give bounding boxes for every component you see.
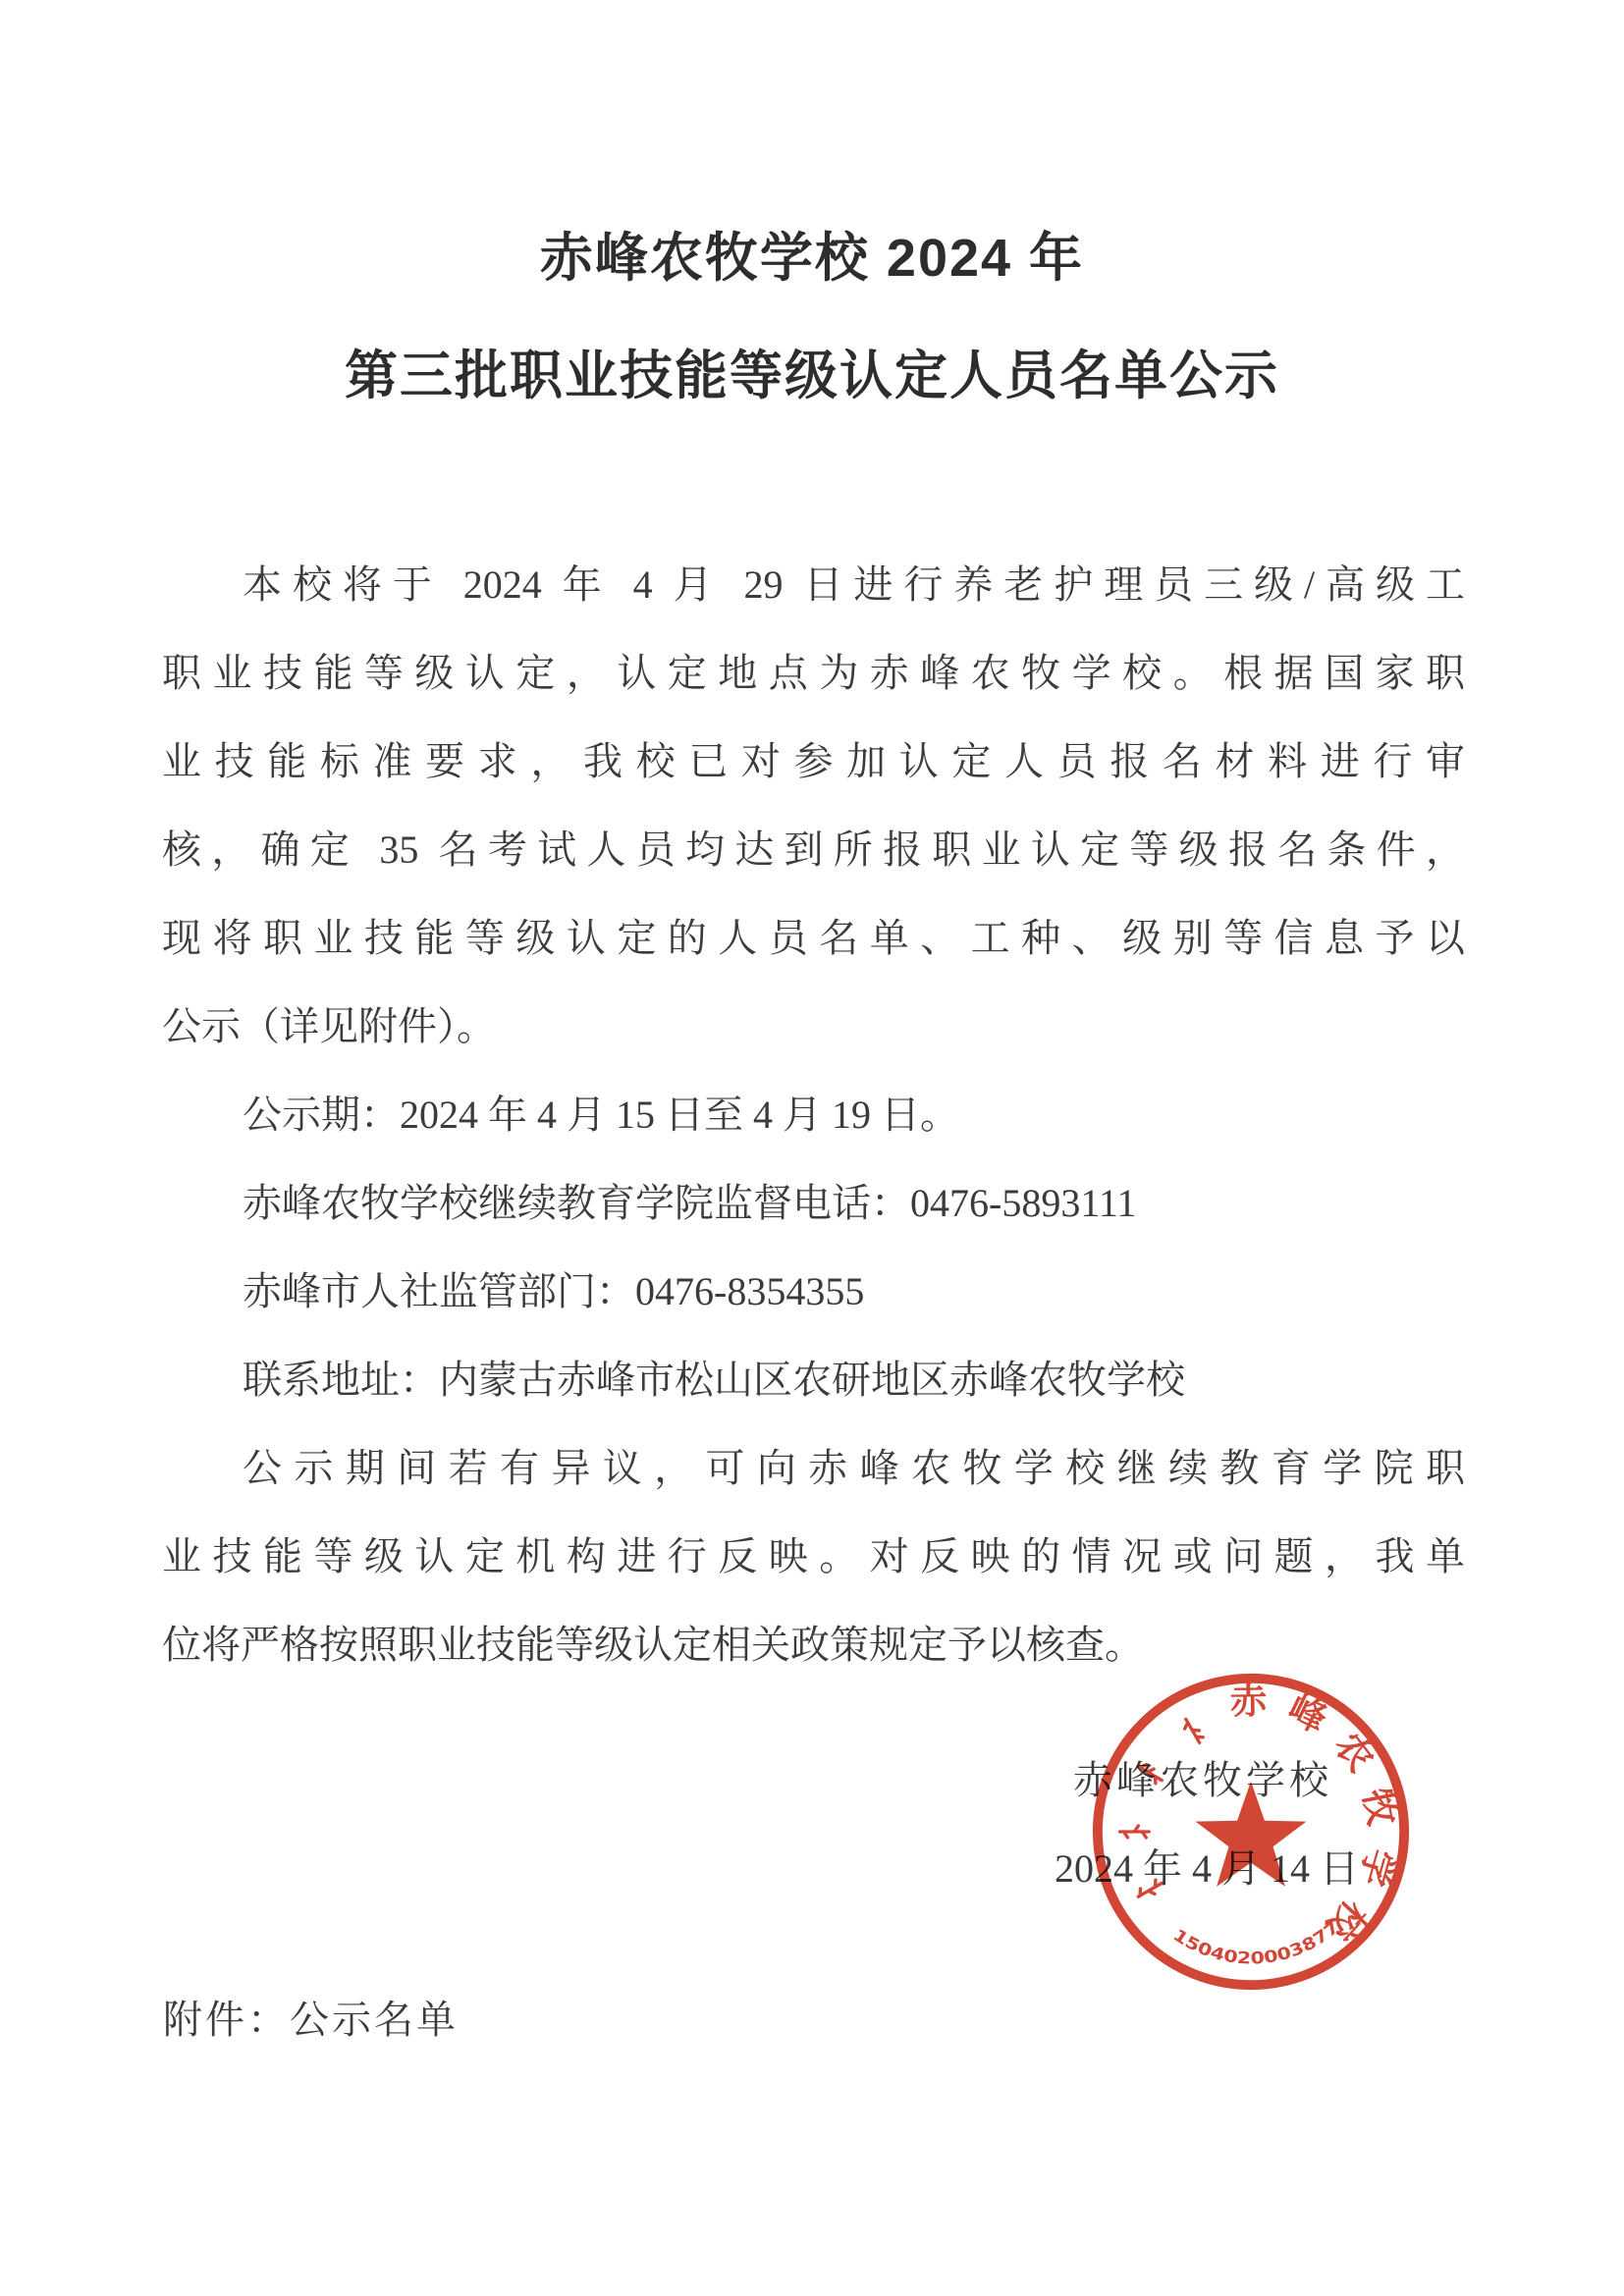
attachment-note: 附件：公示名单 (163, 1989, 459, 2045)
body-line: 本校将于 2024 年 4 月 29 日进行养老护理员三级/高级工 (162, 541, 1465, 629)
body-line: 赤峰市人社监管部门：0476-8354355 (162, 1248, 1465, 1336)
svg-text:1504020003877: 1504020003877 (1169, 1917, 1342, 1968)
body-line: 现将职业技能等级认定的人员名单、工种、级别等信息予以 (162, 894, 1465, 983)
document-title-line1: 赤峰农牧学校 2024 年 (0, 216, 1624, 292)
body-line: 业技能标准要求，我校已对参加认定人员报名材料进行审 (162, 718, 1465, 806)
body-line: 公示期：2024 年 4 月 15 日至 4 月 19 日。 (162, 1071, 1465, 1159)
seal-mongolian-script (1120, 1716, 1205, 1901)
body-line: 核，确定 35 名考试人员均达到所报职业认定等级报名条件， (162, 806, 1465, 894)
document-page: 赤峰农牧学校 2024 年 第三批职业技能等级认定人员名单公示 本校将于 202… (0, 0, 1624, 2296)
body-line: 业技能等级认定机构进行反映。对反映的情况或问题，我单 (162, 1513, 1465, 1601)
seal-star-icon (1196, 1782, 1307, 1887)
document-body: 本校将于 2024 年 4 月 29 日进行养老护理员三级/高级工 职业技能等级… (162, 541, 1465, 1689)
body-line: 职业技能等级认定，认定地点为赤峰农牧学校。根据国家职 (162, 629, 1465, 718)
official-seal: 赤峰农牧学校 1504020003877 (1086, 1667, 1416, 1997)
seal-serial-number: 1504020003877 (1169, 1917, 1342, 1968)
document-title-line2: 第三批职业技能等级认定人员名单公示 (0, 334, 1624, 409)
body-line: 公示期间若有异议，可向赤峰农牧学校继续教育学院职 (162, 1424, 1465, 1513)
body-line: 公示（详见附件）。 (162, 983, 1465, 1071)
body-line: 赤峰农牧学校继续教育学院监督电话：0476-5893111 (162, 1159, 1465, 1248)
body-line: 联系地址：内蒙古赤峰市松山区农研地区赤峰农牧学校 (162, 1336, 1465, 1424)
